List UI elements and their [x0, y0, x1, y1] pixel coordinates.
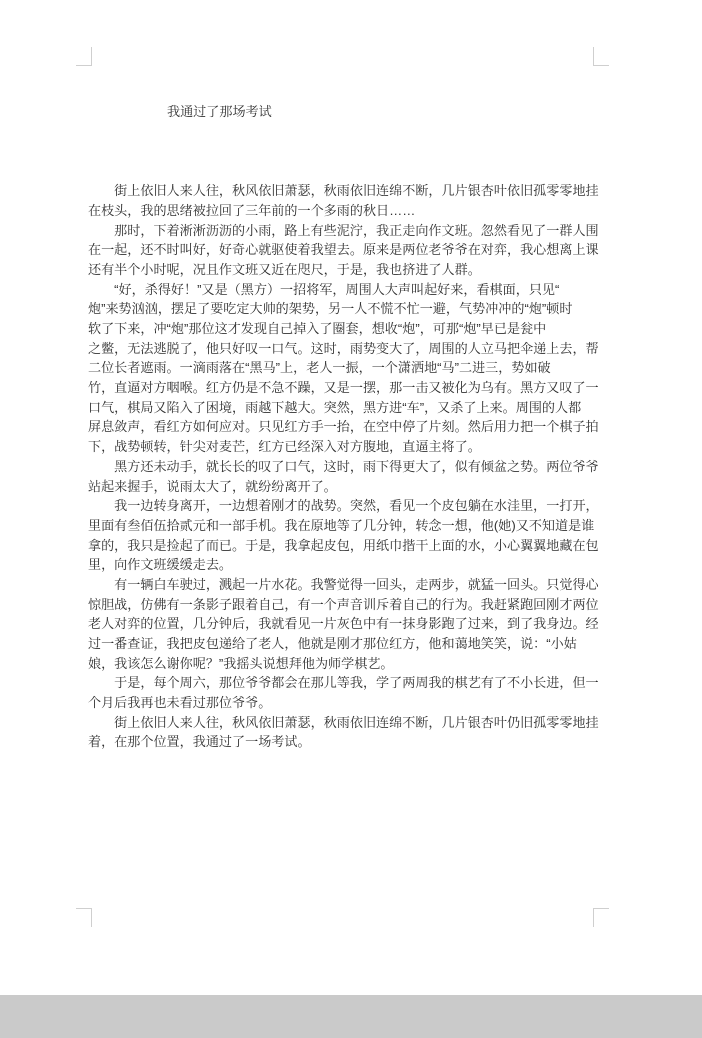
text-line[interactable]: 有一辆白车驶过，溅起一片水花。我警觉得一回头，走两步，就猛一回头。只觉得心: [88, 575, 602, 595]
text-line[interactable]: 里面有叁佰伍拾贰元和一部手机。我在原地等了几分钟，转念一想，他(她)又不知道是谁: [88, 516, 602, 536]
text-line[interactable]: 下，战势顿转，针尖对麦芒，红方已经深入对方腹地，直逼主将了。: [88, 437, 602, 457]
text-line[interactable]: 二位长者遮雨。一滴雨落在“黑马”上，老人一振，一个潇洒地“马”二进三，势如破: [88, 358, 602, 378]
document-page[interactable]: 我通过了那场考试 街上依旧人来人往，秋风依旧萧瑟，秋雨依旧连绵不断，几片银杏叶依…: [0, 0, 702, 995]
text-boundary-mark-bottom-left: [76, 908, 92, 927]
document-title[interactable]: 我通过了那场考试: [88, 102, 602, 122]
text-line[interactable]: 惊胆战，仿佛有一条影子跟着自己，有一个声音训斥着自己的行为。我赶紧跑回刚才两位: [88, 595, 602, 615]
text-line[interactable]: 炮”来势汹汹，摆足了要吃定大帅的架势，另一人不慌不忙一避，气势冲冲的“炮”顿时: [88, 299, 602, 319]
document-body[interactable]: 我通过了那场考试 街上依旧人来人往，秋风依旧萧瑟，秋雨依旧连绵不断，几片银杏叶依…: [88, 63, 602, 752]
text-line[interactable]: 站起来握手，说雨太大了，就纷纷离开了。: [88, 477, 602, 497]
text-boundary-mark-bottom-right: [593, 908, 609, 927]
text-line[interactable]: 在枝头，我的思绪被拉回了三年前的一个多雨的秋日……: [88, 201, 602, 221]
text-line[interactable]: 过一番查证，我把皮包递给了老人，他就是刚才那位红方，他和蔼地笑笑，说：“小姑: [88, 634, 602, 654]
text-line[interactable]: “好，杀得好！”又是（黑方）一招将军，周围人大声叫起好来，看棋面，只见“: [88, 280, 602, 300]
text-line[interactable]: 在一起，还不时叫好，好奇心就驱使着我望去。原来是两位老爷爷在对弈，我心想离上课: [88, 240, 602, 260]
text-line[interactable]: 黑方还未动手，就长长的叹了口气，这时，雨下得更大了，似有倾盆之势。两位爷爷: [88, 457, 602, 477]
text-line[interactable]: 里，向作文班缓缓走去。: [88, 555, 602, 575]
text-line[interactable]: 还有半个小时呢，况且作文班又近在咫尺，于是，我也挤进了人群。: [88, 260, 602, 280]
text-line[interactable]: 竹，直逼对方咽喉。红方仍是不急不躁，又是一摆，那一击又被化为乌有。黑方又叹了一: [88, 378, 602, 398]
text-line[interactable]: 之鳖，无法逃脱了，他只好叹一口气。这时，雨势变大了，周围的人立马把伞递上去，帮: [88, 339, 602, 359]
workspace-background: [0, 995, 702, 1038]
text-line[interactable]: 个月后我再也未看过那位爷爷。: [88, 693, 602, 713]
text-line[interactable]: 于是，每个周六，那位爷爷都会在那儿等我，学了两周我的棋艺有了不小长进，但一: [88, 673, 602, 693]
text-line[interactable]: 口气，棋局又陷入了困境，雨越下越大。突然，黑方进“车”，又杀了上来。周围的人都: [88, 398, 602, 418]
text-line[interactable]: 拿的，我只是捡起了而已。于是，我拿起皮包，用纸巾揩干上面的水，小心翼翼地藏在包: [88, 536, 602, 556]
text-line[interactable]: 老人对弈的位置，几分钟后，我就看见一片灰色中有一抹身影跑了过来，到了我身边。经: [88, 614, 602, 634]
text-line[interactable]: 街上依旧人来人往，秋风依旧萧瑟，秋雨依旧连绵不断，几片银杏叶依旧孤零零地挂: [88, 181, 602, 201]
text-line[interactable]: 街上依旧人来人往，秋风依旧萧瑟，秋雨依旧连绵不断，几片银杏叶仍旧孤零零地挂: [88, 713, 602, 733]
text-line[interactable]: 我一边转身离开，一边想着刚才的战势。突然，看见一个皮包躺在水洼里，一打开，: [88, 496, 602, 516]
text-line[interactable]: 软了下来，冲“炮”那位这才发现自己掉入了圈套，想收“炮”，可那“炮”早已是瓮中: [88, 319, 602, 339]
text-line[interactable]: 屏息敛声，看红方如何应对。只见红方手一抬，在空中停了片刻。然后用力把一个棋子拍: [88, 417, 602, 437]
text-line[interactable]: 着，在那个位置，我通过了一场考试。: [88, 732, 602, 752]
text-line[interactable]: 那时，下着淅淅沥沥的小雨，路上有些泥泞，我正走向作文班。忽然看见了一群人围: [88, 221, 602, 241]
text-line[interactable]: 娘，我该怎么谢你呢？”我摇头说想拜他为师学棋艺。: [88, 654, 602, 674]
